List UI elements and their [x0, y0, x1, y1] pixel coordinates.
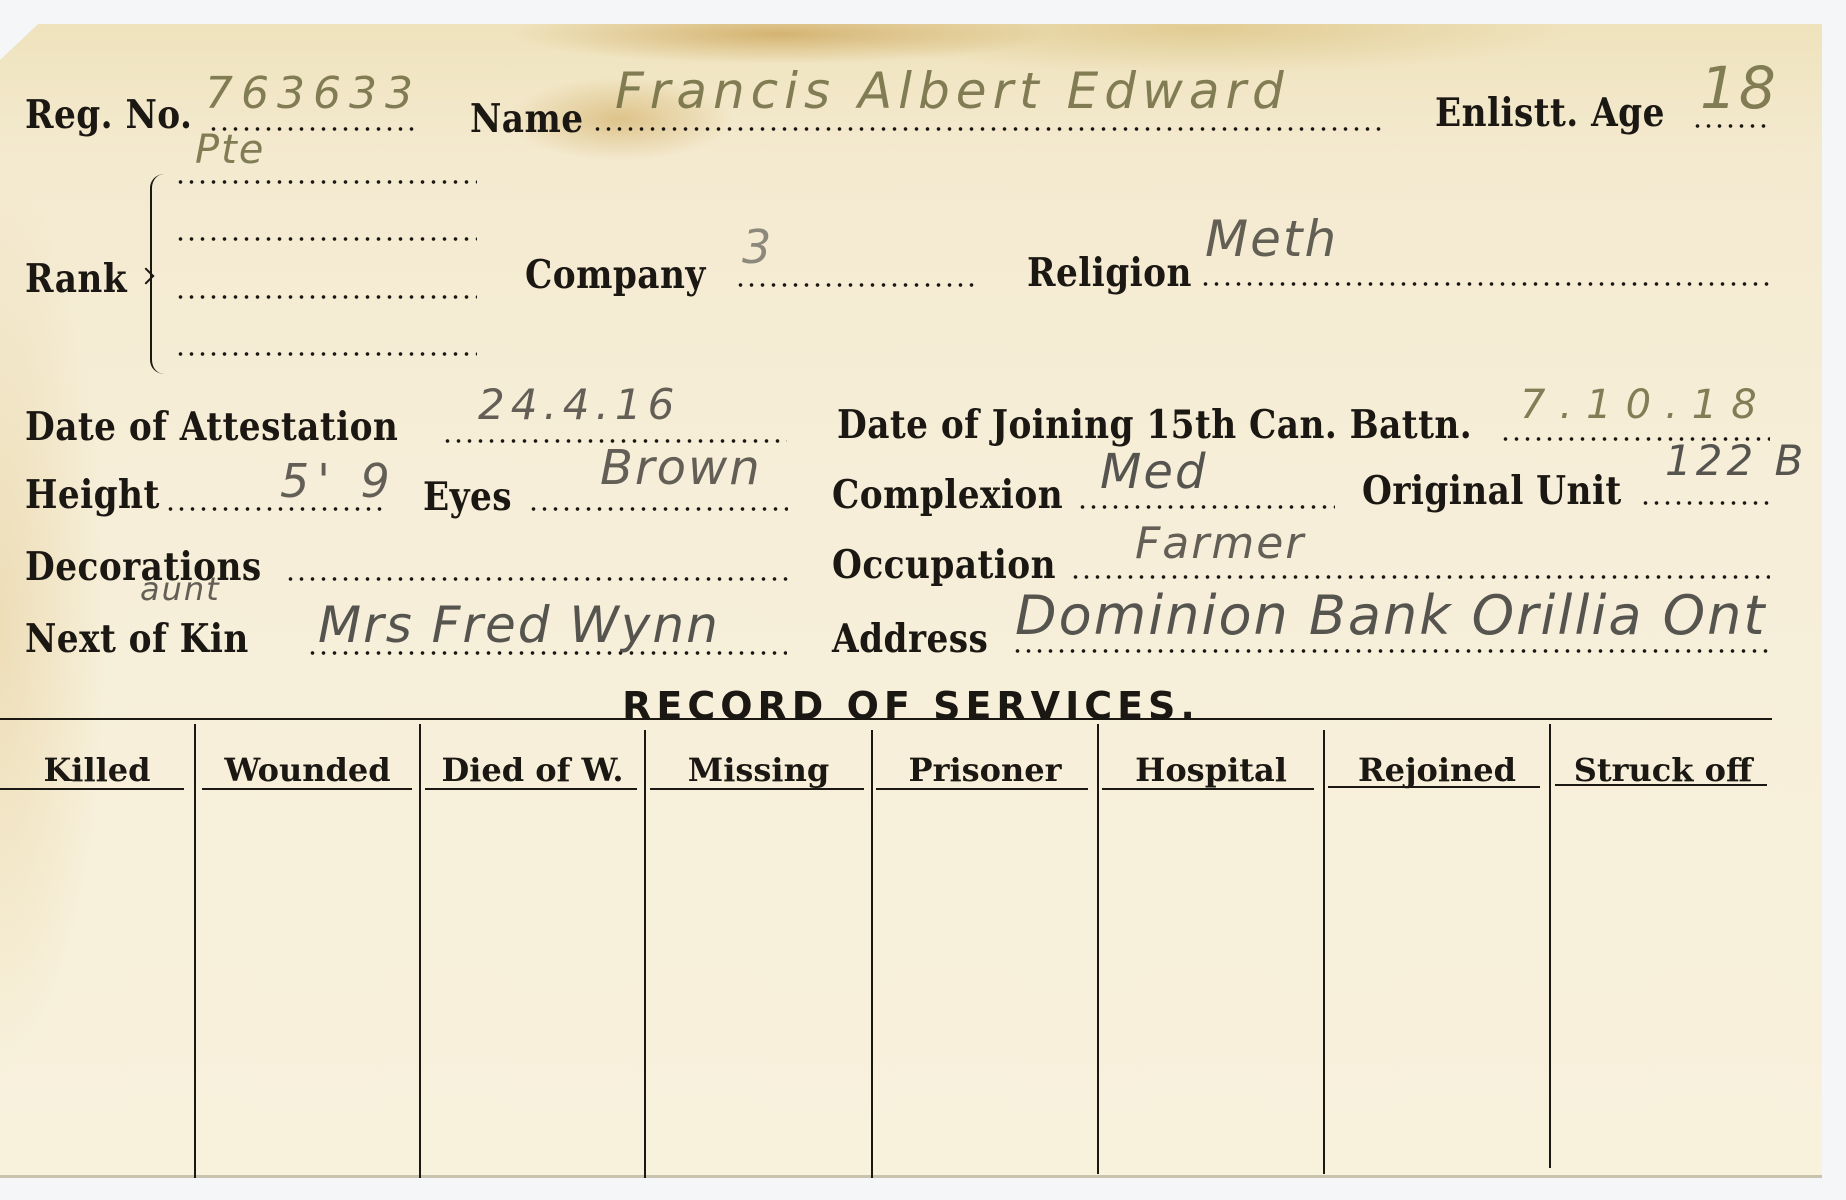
eyes-line	[528, 507, 788, 511]
name-value: Francis Albert Edward	[615, 62, 1290, 120]
reg-no-label: Reg. No.	[25, 92, 192, 138]
eyes-value: Brown	[600, 440, 762, 496]
reg-no-value: 763633	[205, 68, 421, 119]
table-top-rule	[0, 718, 1772, 720]
header-underline-7	[1328, 786, 1540, 788]
rank-brace	[150, 174, 166, 374]
column-header-died-of-wounds: Died of W.	[421, 751, 644, 789]
date-of-attestation-label: Date of Attestation	[25, 404, 398, 450]
header-underline-8	[1555, 784, 1767, 786]
company-value: 3	[742, 220, 773, 274]
eyes-label: Eyes	[423, 474, 512, 520]
company-line	[735, 283, 980, 287]
date-of-joining-value: 7.10.18	[1520, 382, 1771, 428]
rank-line-1	[175, 180, 477, 184]
column-header-killed: Killed	[0, 751, 194, 789]
religion-value: Meth	[1205, 210, 1338, 268]
column-header-rejoined: Rejoined	[1325, 751, 1549, 789]
date-of-attestation-value: 24.4.16	[478, 380, 680, 429]
column-divider-2	[419, 724, 421, 1196]
column-divider-4	[871, 730, 873, 1196]
column-divider-5	[1097, 724, 1099, 1174]
height-value: 5' 9	[280, 454, 398, 508]
header-underline-5	[876, 788, 1088, 790]
occupation-value: Farmer	[1135, 518, 1305, 569]
rank-label: Rank	[25, 256, 127, 302]
rank-line-2	[175, 237, 477, 241]
religion-line	[1200, 282, 1770, 286]
enlist-age-value: 18	[1700, 54, 1778, 122]
complexion-line	[1077, 505, 1335, 509]
record-of-services-title: RECORD OF SERVICES.	[0, 684, 1822, 728]
name-line	[592, 127, 1382, 131]
column-header-wounded: Wounded	[196, 751, 419, 789]
original-unit-line	[1640, 501, 1770, 505]
column-divider-1	[194, 724, 196, 1196]
next-of-kin-value: Mrs Fred Wynn	[318, 596, 720, 654]
column-divider-3	[644, 730, 646, 1196]
rank-value-1: Pte	[195, 127, 265, 173]
attestation-card: Reg. No. 763633 Name Francis Albert Edwa…	[0, 24, 1822, 1178]
religion-label: Religion	[1027, 250, 1192, 296]
company-label: Company	[525, 252, 706, 298]
name-label: Name	[470, 96, 584, 142]
enlist-age-label: Enlistt. Age	[1435, 90, 1665, 136]
rank-line-4	[175, 352, 477, 356]
address-line	[1012, 649, 1772, 653]
occupation-label: Occupation	[832, 542, 1056, 588]
header-underline-1	[0, 788, 184, 790]
decorations-line	[285, 577, 788, 581]
height-label: Height	[25, 472, 160, 518]
column-header-missing: Missing	[646, 751, 871, 789]
column-header-hospital: Hospital	[1099, 751, 1323, 789]
date-of-joining-label: Date of Joining 15th Can. Battn.	[837, 402, 1472, 448]
original-unit-label: Original Unit	[1362, 468, 1622, 514]
enlist-age-line	[1692, 124, 1770, 128]
next-of-kin-annotation: aunt	[140, 570, 221, 608]
column-divider-6	[1323, 730, 1325, 1174]
rank-line-3	[175, 295, 477, 299]
header-underline-6	[1102, 788, 1314, 790]
original-unit-value: 122 B	[1665, 436, 1807, 485]
complexion-value: Med	[1100, 444, 1207, 500]
occupation-line	[1070, 575, 1770, 579]
column-divider-7	[1549, 724, 1551, 1168]
next-of-kin-label: Next of Kin	[25, 616, 249, 662]
column-header-prisoner: Prisoner	[873, 751, 1097, 789]
header-underline-3	[425, 788, 637, 790]
address-value: Dominion Bank Orillia Ont	[1015, 584, 1767, 647]
header-underline-2	[202, 788, 412, 790]
address-label: Address	[832, 616, 988, 662]
complexion-label: Complexion	[832, 472, 1063, 518]
header-underline-4	[650, 788, 864, 790]
